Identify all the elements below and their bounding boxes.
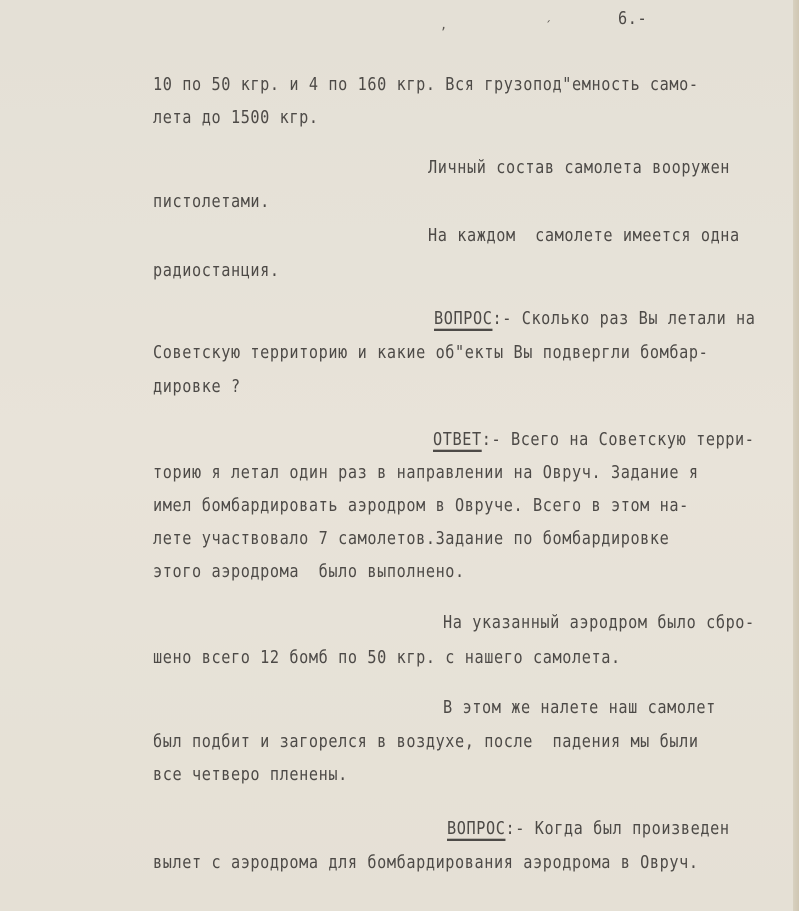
answer-label: ОТВЕТ (433, 429, 482, 450)
text-line: этого аэродрома было выполнено. (153, 561, 465, 582)
text-line: торию я летал один раз в направлении на … (153, 462, 699, 483)
text-line: все четверо пленены. (153, 764, 348, 785)
text-line: На указанный аэродром было сбро- (443, 612, 755, 633)
stray-mark: , (440, 18, 447, 32)
paper-edge (793, 0, 799, 911)
text-line: лете участвовало 7 самолетов.Задание по … (153, 528, 669, 549)
text-line: шено всего 12 бомб по 50 кгр. с нашего с… (153, 647, 621, 668)
text-line: В этом же налете наш самолет (443, 697, 716, 718)
text-line: радиостанция. (153, 260, 280, 281)
text-line: Личный состав самолета вооружен (428, 157, 730, 178)
text-line: На каждом самолете имеется одна (428, 225, 740, 246)
text-line: 10 по 50 кгр. и 4 по 160 кгр. Вся грузоп… (153, 74, 699, 95)
question-line: ВОПРОС:- Сколько раз Вы летали на (434, 308, 756, 329)
page-number: 6.- (618, 8, 647, 29)
text-line: был подбит и загорелся в воздухе, после … (153, 731, 699, 752)
stray-mark: ˏ (545, 8, 552, 22)
text-line: имел бомбардировать аэродром в Овруче. В… (153, 495, 689, 516)
document-page (0, 0, 793, 911)
text-line: Советскую территорию и какие об"екты Вы … (153, 342, 708, 363)
question-line: ВОПРОС:- Когда был произведен (447, 818, 730, 839)
question-label: ВОПРОС (447, 818, 505, 839)
question-label: ВОПРОС (434, 308, 492, 329)
text-line: дировке ? (153, 376, 241, 397)
text-line: пистолетами. (153, 191, 270, 212)
text-line: лета до 1500 кгр. (153, 107, 319, 128)
answer-line: ОТВЕТ:- Всего на Советскую терри- (433, 429, 755, 450)
text-line: вылет с аэродрома для бомбардирования аэ… (153, 852, 699, 873)
